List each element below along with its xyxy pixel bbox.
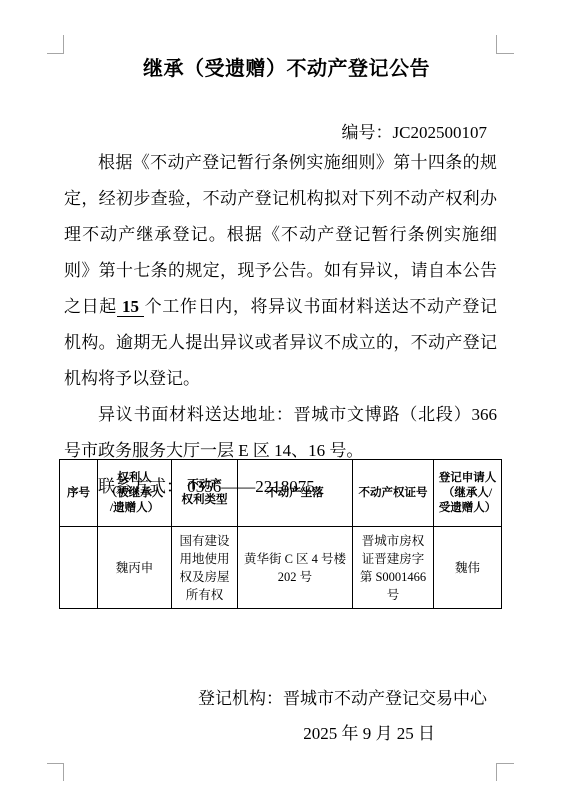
cell-applicant: 魏伟 <box>434 527 502 609</box>
cell-certificate-number: 晋城市房权 证晋建房字 第 S0001466 号 <box>353 527 434 609</box>
footer-date: 2025 年 9 月 25 日 <box>303 719 435 744</box>
paragraph-1-before-days: 根据《不动产登记暂行条例实施细则》第十四条的规定，经初步查验，不动产登记机构拟对… <box>64 153 497 316</box>
announcement-table: 序号 权利人 （被继承人 /遗赠人） 不动产 权利类型 不动产坐落 不动产权证号… <box>59 459 502 609</box>
doc-number-label: 编号： <box>342 123 393 142</box>
cell-right-type: 国有建设 用地使用 权及房屋 所有权 <box>172 527 238 609</box>
header-certificate-number: 不动产权证号 <box>353 460 434 527</box>
table-header-row: 序号 权利人 （被继承人 /遗赠人） 不动产 权利类型 不动产坐落 不动产权证号… <box>60 460 502 527</box>
table-row: 魏丙申 国有建设 用地使用 权及房屋 所有权 黄华街 C 区 4 号楼 202 … <box>60 527 502 609</box>
cell-right-holder: 魏丙申 <box>98 527 172 609</box>
crop-mark-bottom-right <box>496 763 514 781</box>
header-right-type: 不动产 权利类型 <box>172 460 238 527</box>
header-serial-number: 序号 <box>60 460 98 527</box>
doc-number-value: JC202500107 <box>393 123 487 142</box>
document-page: 继承（受遗赠）不动产登记公告 编号：JC202500107 根据《不动产登记暂行… <box>0 0 573 794</box>
doc-number: 编号：JC202500107 <box>342 118 487 143</box>
header-right-holder: 权利人 （被继承人 /遗赠人） <box>98 460 172 527</box>
objection-days-value: 15 <box>117 297 144 317</box>
header-property-location: 不动产坐落 <box>238 460 353 527</box>
crop-mark-bottom-left <box>47 763 64 781</box>
cell-property-location: 黄华街 C 区 4 号楼 202 号 <box>238 527 353 609</box>
body-paragraph-1: 根据《不动产登记暂行条例实施细则》第十四条的规定，经初步查验，不动产登记机构拟对… <box>64 145 497 397</box>
page-title: 继承（受遗赠）不动产登记公告 <box>0 52 573 81</box>
body-text: 根据《不动产登记暂行条例实施细则》第十四条的规定，经初步查验，不动产登记机构拟对… <box>64 145 497 505</box>
header-applicant: 登记申请人 （继承人/ 受遗赠人） <box>434 460 502 527</box>
footer-registration-agency: 登记机构：晋城市不动产登记交易中心 <box>198 684 487 709</box>
cell-serial-number <box>60 527 98 609</box>
